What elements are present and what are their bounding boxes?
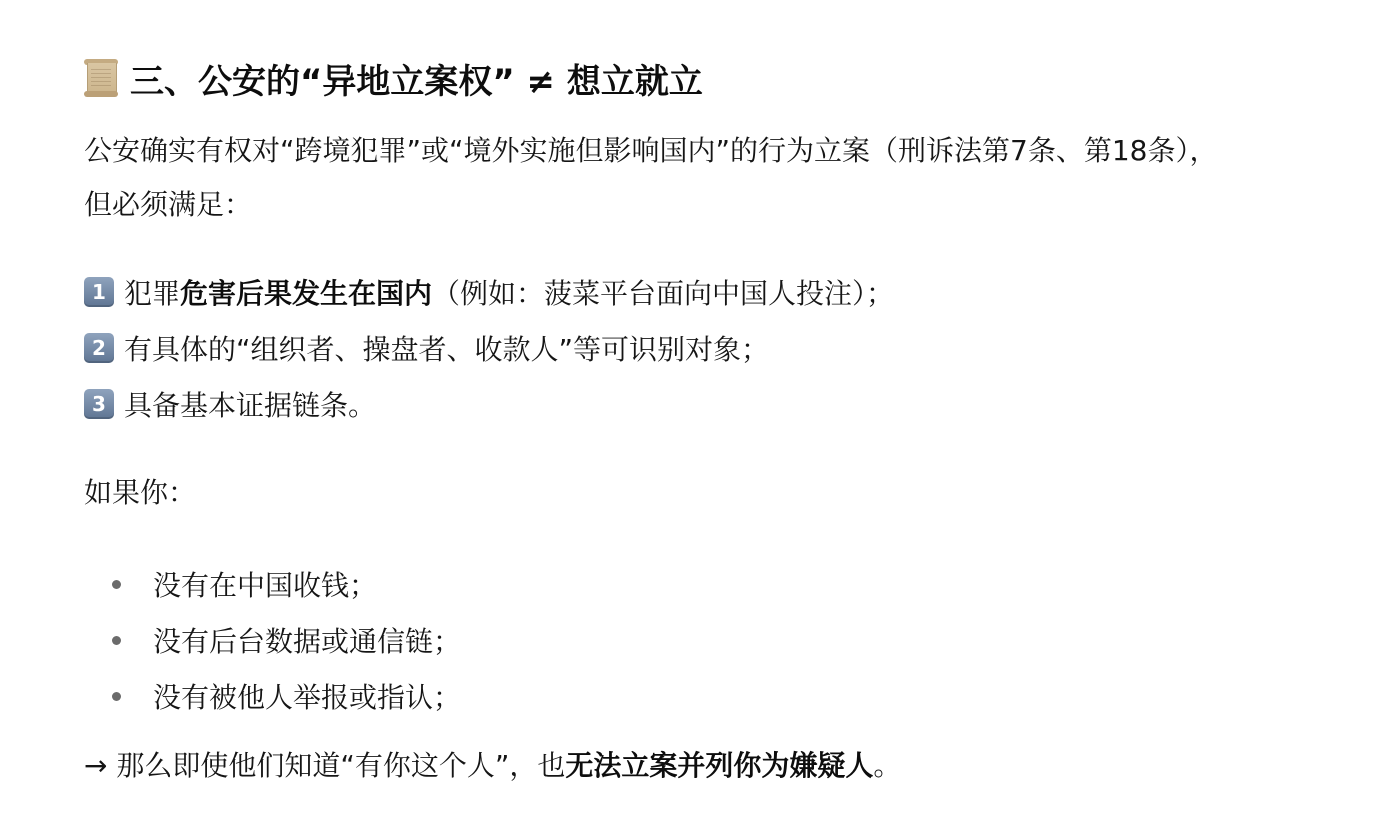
intro-line-2: 但必须满足： [84, 178, 1374, 232]
intro-paragraph: 公安确实有权对“跨境犯罪”或“境外实施但影响国内”的行为立案（刑诉法第7条、第1… [84, 124, 1374, 232]
condition-text: 具备基本证据链条。 [124, 384, 376, 424]
keycap-3-icon: 3 [84, 389, 114, 419]
bullet-icon [112, 580, 121, 589]
condition-prefix: 犯罪 [124, 272, 180, 312]
bullet-icon [112, 692, 121, 701]
bullet-icon [112, 636, 121, 645]
section-heading: 三、公安的“异地立案权” ≠ 想立就立 [84, 54, 703, 102]
keycap-2-icon: 2 [84, 333, 114, 363]
if-label: 如果你： [84, 466, 196, 520]
condition-item-2: 2 有具体的“组织者、操盘者、收款人”等可识别对象； [84, 326, 769, 370]
bullet-list: 没有在中国收钱； 没有后台数据或通信链； 没有被他人举报或指认； [84, 556, 461, 724]
condition-bold: 危害后果发生在国内 [180, 272, 432, 312]
conclusion-bold: 无法立案并列你为嫌疑人 [565, 749, 873, 782]
list-item: 没有在中国收钱； [84, 556, 461, 612]
intro-line-1: 公安确实有权对“跨境犯罪”或“境外实施但影响国内”的行为立案（刑诉法第7条、第1… [84, 124, 1374, 178]
conclusion: → 那么即使他们知道“有你这个人”，也无法立案并列你为嫌疑人。 [84, 739, 901, 793]
list-item: 没有后台数据或通信链； [84, 612, 461, 668]
condition-suffix: （例如：菠菜平台面向中国人投注）； [432, 272, 894, 312]
scroll-icon [84, 59, 118, 97]
list-item: 没有被他人举报或指认； [84, 668, 461, 724]
condition-item-3: 3 具备基本证据链条。 [84, 382, 376, 426]
keycap-1-icon: 1 [84, 277, 114, 307]
heading-title: 三、公安的“异地立案权” ≠ 想立就立 [130, 54, 703, 103]
condition-text: 有具体的“组织者、操盘者、收款人”等可识别对象； [124, 328, 769, 368]
condition-item-1: 1 犯罪危害后果发生在国内（例如：菠菜平台面向中国人投注）； [84, 270, 894, 314]
